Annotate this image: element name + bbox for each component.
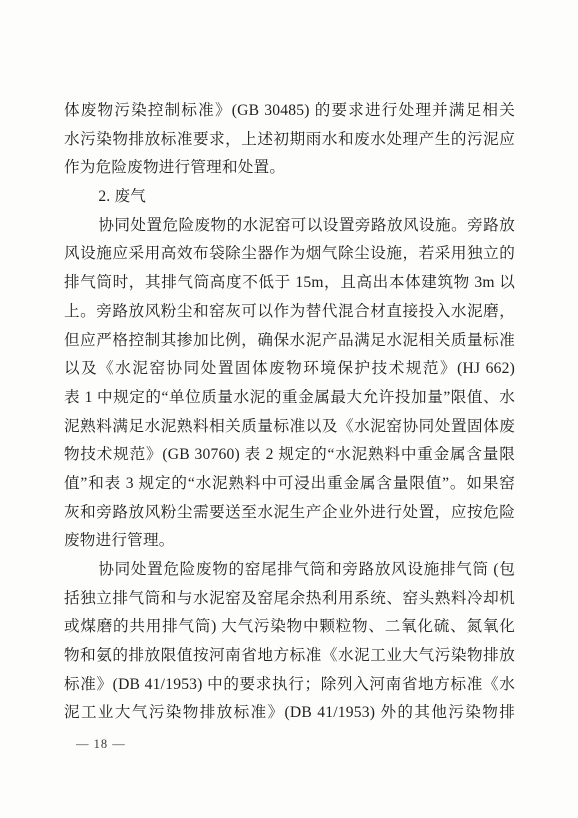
text-line: 泥熟料满足水泥熟料相关质量标准以及《水泥窑协同处置固体废 bbox=[64, 413, 515, 442]
page-number: — 18 — bbox=[76, 735, 126, 753]
text-line: 表 1 中规定的“单位质量水泥的重金属最大允许投加量”限值、水 bbox=[64, 384, 515, 413]
text-line: 或煤磨的共用排气筒) 大气污染物中颗粒物、二氧化硫、氮氧化 bbox=[64, 613, 515, 642]
text-line: 泥工业大气污染物排放标准》(DB 41/1953) 外的其他污染物排 bbox=[64, 699, 515, 728]
text-line: 协同处置危险废物的窑尾排气筒和旁路放风设施排气筒 (包 bbox=[64, 556, 515, 585]
text-line: 协同处置危险废物的水泥窑可以设置旁路放风设施。旁路放 bbox=[64, 212, 515, 241]
text-line: 废物进行管理。 bbox=[64, 527, 515, 556]
text-line: 排气筒时，其排气筒高度不低于 15m，且高出本体建筑物 3m 以 bbox=[64, 269, 515, 298]
text-line: 作为危险废物进行管理和处置。 bbox=[64, 154, 515, 183]
text-line: 物和氨的排放限值按河南省地方标准《水泥工业大气污染物排放 bbox=[64, 642, 515, 671]
section-heading: 2. 废气 bbox=[64, 183, 515, 212]
text-line: 括独立排气筒和与水泥窑及窑尾余热利用系统、窑头熟料冷却机 bbox=[64, 585, 515, 614]
text-line: 体废物污染控制标准》(GB 30485) 的要求进行处理并满足相关 bbox=[64, 97, 515, 126]
text-line: 风设施应采用高效布袋除尘器作为烟气除尘设施，若采用独立的 bbox=[64, 240, 515, 269]
text-line: 上。旁路放风粉尘和窑灰可以作为替代混合材直接投入水泥磨， bbox=[64, 298, 515, 327]
text-line: 值”和表 3 规定的“水泥熟料中可浸出重金属含量限值”。如果窑 bbox=[64, 470, 515, 499]
text-line: 以及《水泥窑协同处置固体废物环境保护技术规范》(HJ 662) bbox=[64, 355, 515, 384]
text-line: 灰和旁路放风粉尘需要送至水泥生产企业外进行处置，应按危险 bbox=[64, 499, 515, 528]
text-line: 但应严格控制其掺加比例，确保水泥产品满足水泥相关质量标准 bbox=[64, 327, 515, 356]
text-line: 水污染物排放标准要求，上述初期雨水和废水处理产生的污泥应 bbox=[64, 126, 515, 155]
text-column: 体废物污染控制标准》(GB 30485) 的要求进行处理并满足相关水污染物排放标… bbox=[64, 97, 515, 728]
document-page: 体废物污染控制标准》(GB 30485) 的要求进行处理并满足相关水污染物排放标… bbox=[0, 0, 578, 818]
text-line: 标准》(DB 41/1953) 中的要求执行；除列入河南省地方标准《水 bbox=[64, 671, 515, 700]
text-line: 物技术规范》(GB 30760) 表 2 规定的“水泥熟料中重金属含量限 bbox=[64, 441, 515, 470]
